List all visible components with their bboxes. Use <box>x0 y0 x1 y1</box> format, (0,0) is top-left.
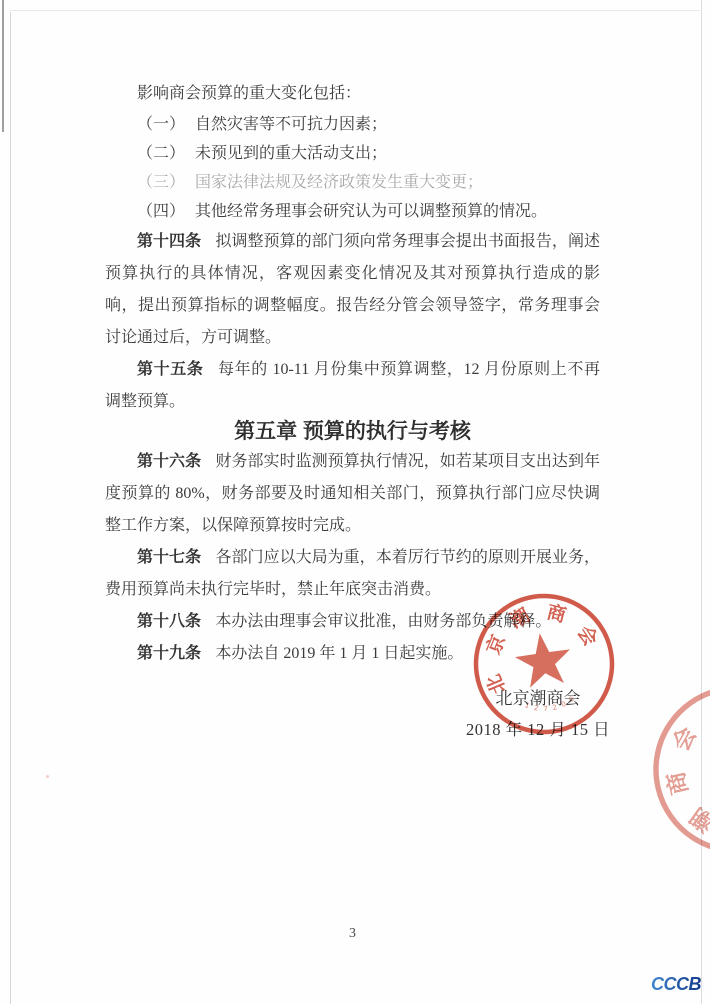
article-paragraph-16: 第十六条财务部实时监测预算执行情况，如若某项目支出达到年度预算的 80%，财务部… <box>105 446 600 542</box>
seal-char: 会 <box>667 722 701 755</box>
list-marker: （一） <box>137 116 185 133</box>
list-marker: （四） <box>137 203 185 220</box>
seal-digit: 7 <box>543 705 548 713</box>
chapter-heading: 第五章 预算的执行与考核 <box>105 418 600 446</box>
seal-char: 京 <box>482 631 510 657</box>
partial-seal-graphic: 潮 商 会 1 2 7 2 0 0 <box>650 682 710 857</box>
list-item: （四）其他经常务理事会研究认为可以调整预算的情况。 <box>105 197 600 226</box>
list-item: （二）未预见到的重大活动支出； <box>105 139 600 168</box>
list-text: 国家法律法规及经济政策发生重大变更； <box>195 174 483 191</box>
seal-digit: 1 <box>524 701 531 710</box>
official-seal-graphic: 北 京 潮 商 会 1 2 7 2 0 0 <box>471 591 617 737</box>
article-number: 第十八条 <box>137 613 201 630</box>
scanned-document-page: 影响商会预算的重大变化包括： （一）自然灾害等不可抗力因素； （二）未预见到的重… <box>0 0 710 1004</box>
seal-digit: 2 <box>552 703 558 712</box>
list-item: （一）自然灾害等不可抗力因素； <box>105 110 600 139</box>
scan-speck <box>46 775 49 778</box>
article-paragraph-15: 第十五条每年的 10-11 月份集中预算调整，12 月份原则上不再调整预算。 <box>105 354 600 418</box>
intro-paragraph: 影响商会预算的重大变化包括： <box>105 78 600 110</box>
numbered-list: （一）自然灾害等不可抗力因素； （二）未预见到的重大活动支出； （三）国家法律法… <box>105 110 600 226</box>
seal-digit: 2 <box>533 704 539 713</box>
article-number: 第十九条 <box>137 645 201 662</box>
list-text: 自然灾害等不可抗力因素； <box>195 116 387 133</box>
star-icon <box>512 629 574 689</box>
cccb-logo: CCCB <box>651 974 701 995</box>
page-number: 3 <box>105 926 600 942</box>
article-number: 第十五条 <box>137 361 204 378</box>
article-number: 第十六条 <box>137 453 201 470</box>
article-number: 第十七条 <box>137 549 201 566</box>
list-marker: （三） <box>137 174 185 191</box>
list-marker: （二） <box>137 145 185 162</box>
document-body: 影响商会预算的重大变化包括： （一）自然灾害等不可抗力因素； （二）未预见到的重… <box>0 0 710 670</box>
partial-seal: 潮 商 会 1 2 7 2 0 0 <box>650 682 710 857</box>
list-text: 其他经常务理事会研究认为可以调整预算的情况。 <box>195 203 547 220</box>
article-number: 第十四条 <box>137 233 201 250</box>
article-paragraph-14: 第十四条拟调整预算的部门须向常务理事会提出书面报告，阐述预算执行的具体情况，客观… <box>105 226 600 354</box>
seal-digit: 0 <box>560 700 568 709</box>
seal-digit: 0 <box>567 695 575 704</box>
list-item: （三）国家法律法规及经济政策发生重大变更； <box>105 168 600 197</box>
article-text: 本办法自 2019 年 1 月 1 日起实施。 <box>215 645 463 662</box>
seal-char: 潮 <box>506 603 534 632</box>
seal-char: 北 <box>483 671 511 697</box>
seal-char: 商 <box>662 769 693 797</box>
seal-char: 潮 <box>686 803 710 837</box>
seal-char: 商 <box>545 600 569 627</box>
official-seal: 北 京 潮 商 会 1 2 7 2 0 0 <box>471 591 617 737</box>
list-text: 未预见到的重大活动支出； <box>195 145 387 162</box>
